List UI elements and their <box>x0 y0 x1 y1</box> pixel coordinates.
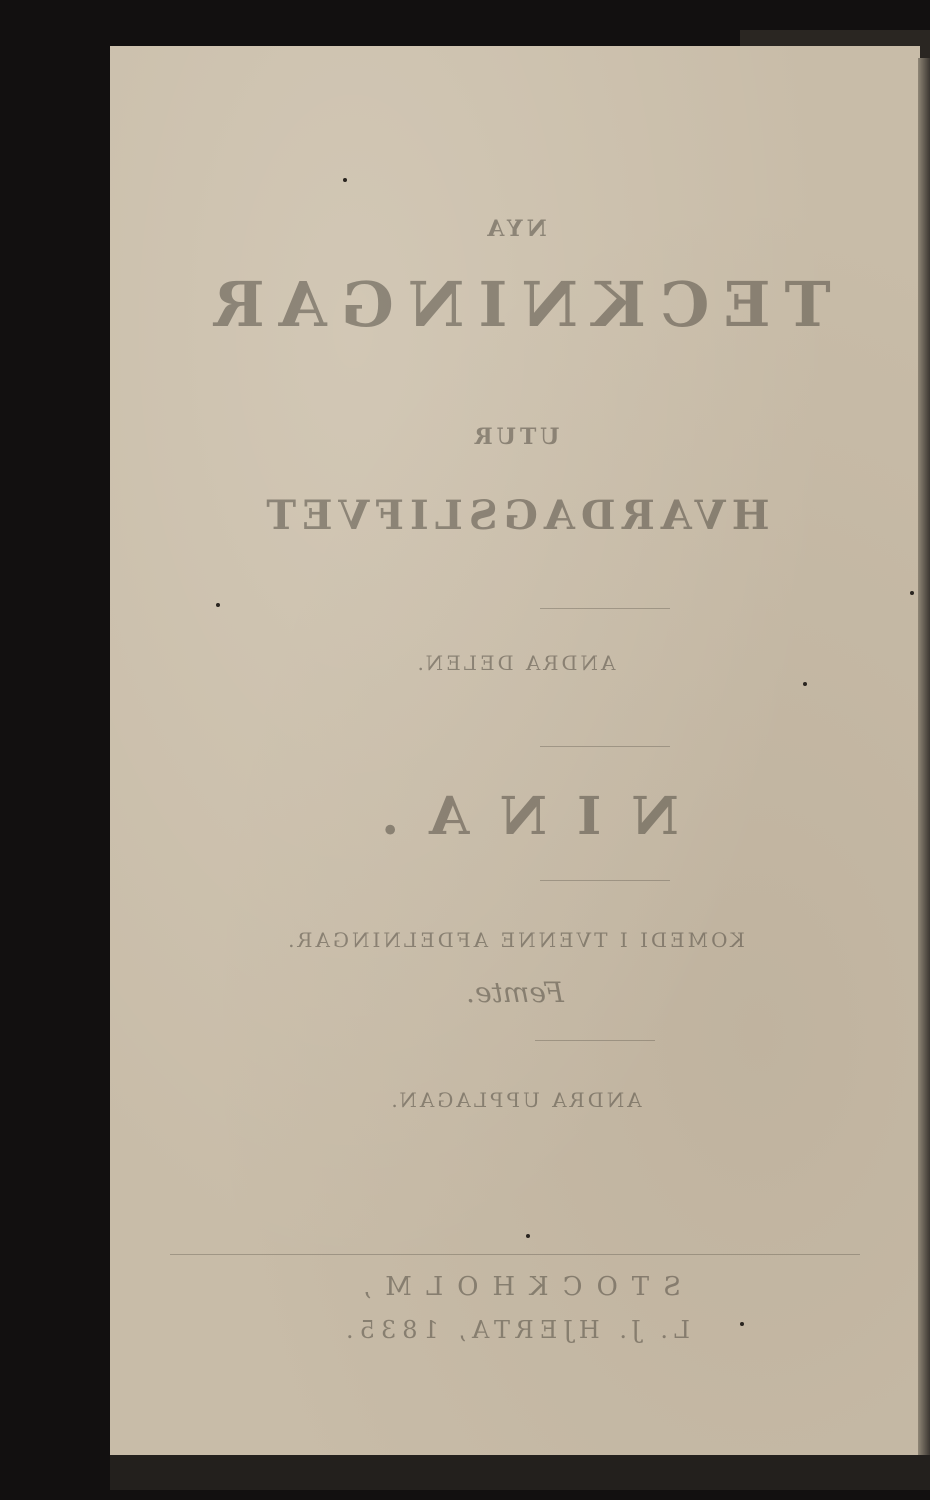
place-line: STOCKHOLM, <box>110 1272 920 1302</box>
publisher-line: L. J. HJERTA, 1835. <box>110 1316 920 1344</box>
edition-line: ANDRA UPPLAGAN. <box>110 1088 920 1112</box>
conjunction-line: UTUR <box>110 424 920 450</box>
title-line: TECKNINGAR <box>110 268 920 341</box>
paper-speck <box>526 1234 530 1238</box>
imprint-rule <box>170 1254 860 1255</box>
subtitle-line: HVARDAGSLIFVET <box>110 492 920 539</box>
book-page: NYA TECKNINGAR UTUR HVARDAGSLIFVET ANDRA… <box>110 46 920 1456</box>
bleed-through-text: NYA TECKNINGAR UTUR HVARDAGSLIFVET ANDRA… <box>110 46 920 1456</box>
book-binding-bottom <box>110 1455 930 1490</box>
paper-speck <box>803 682 807 686</box>
work-title-line: NINA. <box>110 786 920 847</box>
divider <box>540 880 670 881</box>
paper-speck <box>910 591 914 595</box>
divider <box>540 608 670 609</box>
genre-line: KOMEDI I TVENNE AFDELNINGAR. <box>110 928 920 952</box>
page-edge-shadow <box>918 58 930 1458</box>
divider <box>535 1040 655 1041</box>
series-line: NYA <box>110 216 920 242</box>
paper-speck <box>343 178 347 182</box>
paper-speck <box>740 1322 744 1326</box>
paper-speck <box>216 603 220 607</box>
part-line: ANDRA DELEN. <box>110 651 920 675</box>
note-line: Femte. <box>110 976 920 1009</box>
divider <box>540 746 670 747</box>
